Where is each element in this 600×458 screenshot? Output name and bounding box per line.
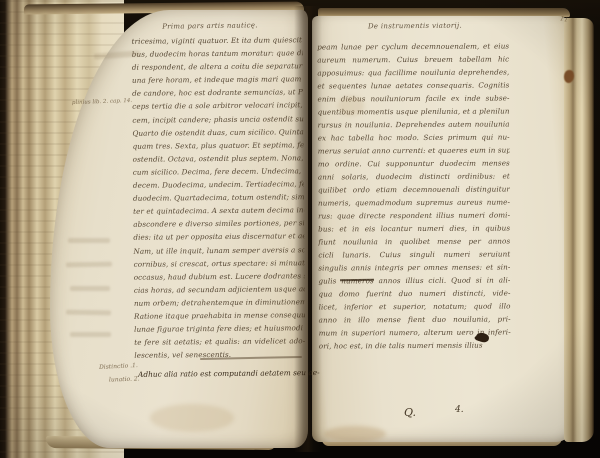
manuscript-line: rursus in nouilunia. Deprehendes autem n…	[318, 117, 510, 131]
manuscript-line: fiunt nouilunia in quolibet mense per an…	[318, 234, 510, 248]
manuscript-line: Nam, ut ille inquit, lunam semper aversi…	[133, 243, 304, 258]
manuscript-line: merus seruiat anno currenti: et quaeres …	[318, 143, 510, 157]
running-header-left: Prima pars artis nauticę.	[150, 21, 270, 31]
signature-mark-q: Q.	[404, 406, 416, 419]
stain	[324, 426, 386, 442]
manuscript-line: singulis annis integris per omnes menses…	[318, 260, 510, 274]
manuscript-line: cem, incipit candere; phasis uncia osten…	[132, 112, 303, 127]
manuscript-line: qua domo fuerint duo numeri distincti, v…	[318, 286, 510, 300]
right-text-block: peam lunae per cyclum decemnouenalem, et…	[317, 39, 511, 352]
manuscript-line: cias horas, ad secundam adjicientem usqu…	[134, 282, 305, 297]
manuscript-line: bus: et in eis locantur numeri dies, in …	[318, 221, 510, 235]
manuscript-line: Adhuc alia ratio est computandi aetatem …	[138, 368, 308, 379]
manuscript-line: peam lunae per cyclum decemnouenalem, et…	[317, 39, 509, 53]
ink-showthrough	[66, 310, 111, 316]
manuscript-line: cornibus, si crescat, ortus spectare: si…	[134, 256, 305, 271]
manuscript-line: cicli lunaris. Cuius singuli numeri seru…	[318, 247, 510, 261]
manuscript-line: ceps tertia die a sole arbitror velocari…	[132, 99, 303, 114]
running-header-right: De instrumentis viatorij.	[355, 21, 475, 30]
ink-showthrough	[68, 238, 110, 243]
manuscript-line: lescentis, vel senescentis.	[134, 347, 305, 362]
manuscript-line: numeris, quemadmodum supremus aureus num…	[318, 195, 510, 209]
ink-showthrough	[70, 286, 110, 291]
stain	[338, 96, 364, 116]
signature-mark-4: 4.	[455, 405, 464, 415]
folio-number: 11	[559, 14, 569, 24]
manuscript-photo: Prima pars artis nauticę. tricesima, vig…	[0, 0, 600, 458]
manuscript-line: Quarto die ostendit duas, cum sicilico. …	[132, 125, 303, 140]
ink-showthrough	[66, 262, 112, 268]
manuscript-line: licet, inferior et superior, notatum; qu…	[319, 299, 511, 313]
left-text-block: tricesima, viginti quatuor. Et ita dum q…	[132, 33, 306, 362]
manuscript-line: et sequentes lunae aetates consequaris. …	[317, 78, 509, 92]
manuscript-line: ex hac tabella hoc modo. Scies primum qu…	[318, 130, 510, 144]
manuscript-line: aureum numerum. Cuius breuem tabellam hi…	[317, 52, 509, 66]
manuscript-line: apposuimus: qua facillime nouilunia depr…	[317, 65, 509, 79]
manuscript-line: quam tres. Sexta, plus quatuor. Et septi…	[132, 138, 303, 153]
ink-showthrough	[70, 332, 111, 337]
manuscript-line: rus: quae directe respondent illius nume…	[318, 208, 510, 222]
manuscript-line: anno in illo mense fient duo nouilunia, …	[319, 312, 511, 326]
margin-note-lunatio: lunatio. 2.	[109, 375, 140, 383]
manuscript-line: dies: ita ut per opposita eius discernat…	[133, 230, 304, 245]
manuscript-line: mo ordine. Cui supponuntur duodecim mens…	[318, 156, 510, 170]
manuscript-line: quilibet ordo etiam decemnouenali distin…	[318, 182, 510, 196]
manuscript-line: anni solaris, duodecim distincti ordinib…	[318, 169, 510, 183]
manuscript-line: te fere sit aetatis; et qualis: an videl…	[134, 334, 305, 349]
manuscript-line: occasus, haud dubium est. Lucere dodrant…	[134, 269, 305, 284]
stain	[150, 404, 234, 432]
